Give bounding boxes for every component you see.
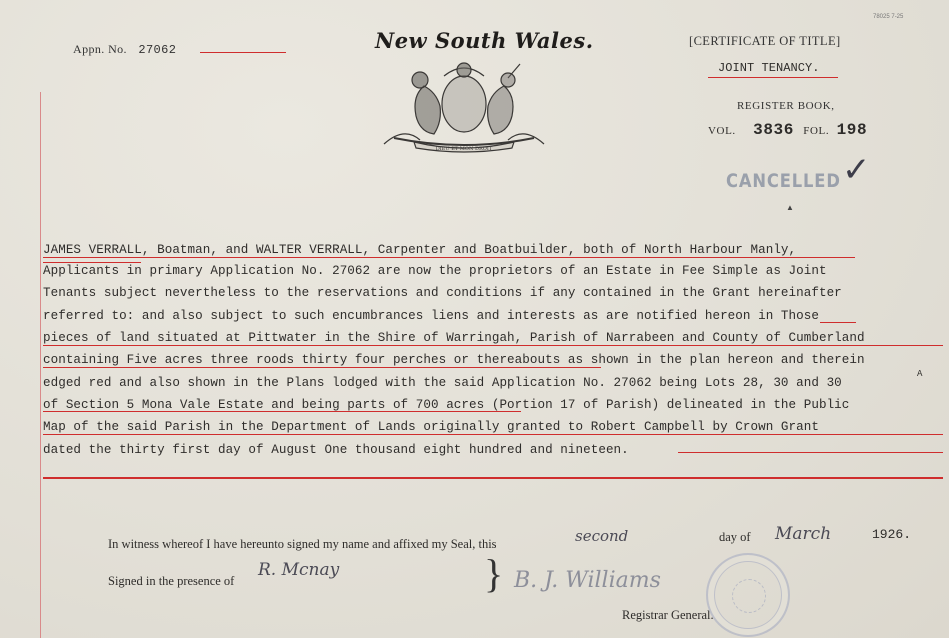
brace-symbol: } <box>484 550 503 597</box>
coat-of-arms-icon: DIEU ET MON DROIT <box>364 56 564 156</box>
cancelled-stamp: CANCELLED <box>726 170 841 192</box>
underline-line-10 <box>678 452 943 453</box>
body-line-3: Tenants subject nevertheless to the rese… <box>43 286 842 300</box>
volume-folio: VOL. 3836 FOL. 198 <box>708 121 867 139</box>
registrar-seal-icon <box>706 553 790 637</box>
underline-line-9 <box>43 434 943 435</box>
fol-number: 198 <box>837 121 868 139</box>
tenancy-underline <box>708 77 838 78</box>
form-code: 78025 7-25 <box>873 14 903 20</box>
registrar-title: Registrar General. <box>622 608 714 623</box>
underline-those <box>820 322 856 323</box>
small-triangle-mark: ▲ <box>786 203 794 212</box>
witness-day-handwritten: second <box>575 527 628 545</box>
red-margin-line <box>40 92 41 638</box>
certificate-type: [CERTIFICATE OF TITLE] <box>689 34 841 49</box>
superscript-a: A <box>917 369 922 379</box>
appn-label: Appn. No. <box>73 42 127 56</box>
closing-rule <box>43 477 943 479</box>
state-title: New South Wales. <box>375 28 594 53</box>
underline-line-6 <box>43 367 601 368</box>
svg-text:DIEU ET MON DROIT: DIEU ET MON DROIT <box>436 146 493 152</box>
body-line-2: Applicants in primary Application No. 27… <box>43 264 827 278</box>
day-of-label: day of <box>719 530 751 545</box>
appn-number: 27062 <box>138 43 176 57</box>
check-mark-icon: ✓ <box>842 150 871 190</box>
body-line-10: dated the thirty first day of August One… <box>43 443 629 457</box>
body-line-8: of Section 5 Mona Vale Estate and being … <box>43 398 849 412</box>
underline-line-5 <box>43 345 943 346</box>
vol-number: 3836 <box>753 121 794 139</box>
signed-presence-label: Signed in the presence of <box>108 574 234 589</box>
body-line-5: pieces of land situated at Pittwater in … <box>43 331 865 345</box>
tenancy-type: JOINT TENANCY. <box>718 61 820 75</box>
body-line-4: referred to: and also subject to such en… <box>43 309 819 323</box>
register-book-label: REGISTER BOOK, <box>737 100 835 112</box>
vol-label: VOL. <box>708 125 736 137</box>
application-number: Appn. No. 27062 <box>73 42 176 57</box>
witness-signature: R. Mcnay <box>258 560 339 580</box>
body-line-7: edged red and also shown in the Plans lo… <box>43 376 842 390</box>
underline-line-8 <box>43 411 521 412</box>
underline-line-1 <box>43 257 855 258</box>
fol-label: FOL. <box>803 125 829 137</box>
witness-clause: In witness whereof I have hereunto signe… <box>108 537 497 552</box>
body-line-1: JAMES VERRALL, Boatman, and WALTER VERRA… <box>43 243 796 257</box>
witness-month-handwritten: March <box>775 524 831 544</box>
underline-applicants <box>43 262 141 263</box>
body-line-9: Map of the said Parish in the Department… <box>43 420 819 434</box>
registrar-signature: B. J. Williams <box>514 568 661 593</box>
witness-year: 1926. <box>872 527 911 542</box>
body-line-6: containing Five acres three roods thirty… <box>43 353 865 367</box>
appn-underline <box>200 52 286 53</box>
